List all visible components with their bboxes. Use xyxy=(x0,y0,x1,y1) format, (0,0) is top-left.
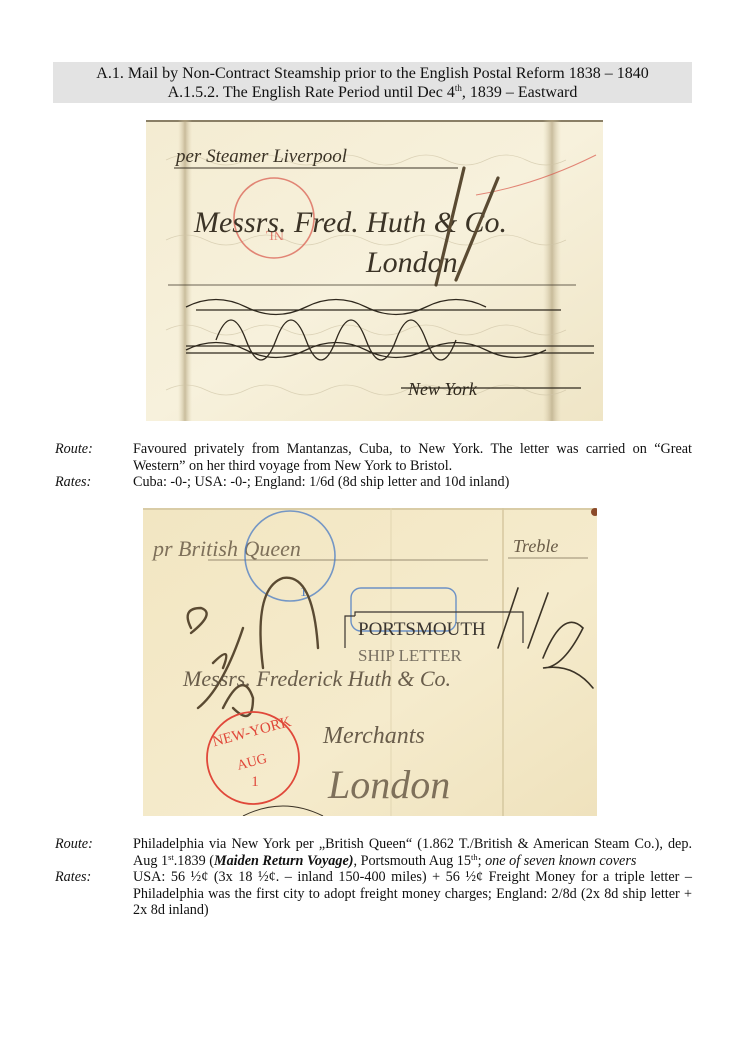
rates-text: Cuba: -0-; USA: -0-; England: 1/6d (8d s… xyxy=(133,474,692,491)
rates-row: Rates: Cuba: -0-; USA: -0-; England: 1/6… xyxy=(55,474,692,491)
rates-text: USA: 56 ½¢ (3x 18 ½¢. – inland 150-400 m… xyxy=(133,869,692,919)
svg-text:Merchants: Merchants xyxy=(322,723,425,749)
svg-text:Messrs. Frederick Huth & Co.: Messrs. Frederick Huth & Co. xyxy=(182,666,451,691)
svg-text:London: London xyxy=(327,762,450,807)
heading-line-1: A.1. Mail by Non-Contract Steamship prio… xyxy=(53,64,692,83)
cover-image-2: pr British Queen Treble 1 PORTSMOUTH SHI… xyxy=(143,508,597,816)
rates-label: Rates: xyxy=(55,474,133,491)
letter-cover-2-illustration: pr British Queen Treble 1 PORTSMOUTH SHI… xyxy=(143,508,597,816)
letter-cover-1-illustration: per Steamer Liverpool NL Messrs. Fred. H… xyxy=(146,120,603,421)
heading-line-2: A.1.5.2. The English Rate Period until D… xyxy=(53,83,692,102)
svg-text:SHIP LETTER: SHIP LETTER xyxy=(358,646,462,665)
svg-text:Treble: Treble xyxy=(513,536,558,556)
rarity-note: one of seven known covers xyxy=(485,853,636,869)
cover-image-1: per Steamer Liverpool NL Messrs. Fred. H… xyxy=(146,120,603,421)
route-label: Route: xyxy=(55,441,133,474)
rates-label: Rates: xyxy=(55,869,133,919)
maiden-voyage-emphasis: Maiden Return Voyage) xyxy=(214,853,354,869)
svg-text:Messrs. Fred. Huth & Co.: Messrs. Fred. Huth & Co. xyxy=(193,206,507,239)
route-label: Route: xyxy=(55,836,133,869)
svg-text:per Steamer Liverpool: per Steamer Liverpool xyxy=(174,146,347,167)
svg-text:1: 1 xyxy=(251,774,259,790)
route-text: Favoured privately from Mantanzas, Cuba,… xyxy=(133,441,692,474)
cover-2-description: Route: Philadelphia via New York per „Br… xyxy=(55,836,692,919)
svg-text:New York: New York xyxy=(407,379,478,399)
rates-row: Rates: USA: 56 ½¢ (3x 18 ½¢. – inland 15… xyxy=(55,869,692,919)
page-heading: A.1. Mail by Non-Contract Steamship prio… xyxy=(53,62,692,103)
svg-text:pr British Queen: pr British Queen xyxy=(151,536,301,561)
cover-1-description: Route: Favoured privately from Mantanzas… xyxy=(55,441,692,491)
svg-text:PORTSMOUTH: PORTSMOUTH xyxy=(358,619,486,640)
route-row: Route: Philadelphia via New York per „Br… xyxy=(55,836,692,869)
route-text: Philadelphia via New York per „British Q… xyxy=(133,836,692,869)
route-row: Route: Favoured privately from Mantanzas… xyxy=(55,441,692,474)
